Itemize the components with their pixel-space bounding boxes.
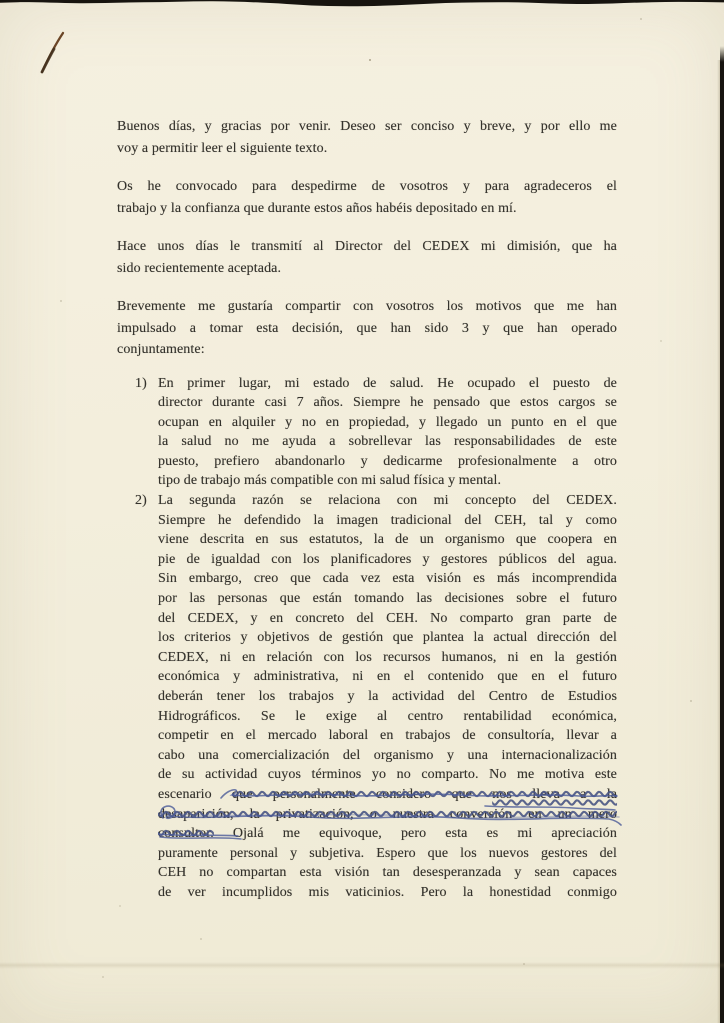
text-line: En primer lugar, mi estado de salud. He … (158, 374, 617, 394)
scan-edge-top-artifact (0, 0, 724, 8)
text-line: La segunda razón se relaciona con mi con… (158, 491, 617, 511)
text-line-strike-start: escenario que personalmente considero qu… (158, 785, 617, 805)
text-line: Buenos días, y gracias por venir. Deseo … (117, 116, 617, 138)
text-line: ocupan en alquiler y no en propiedad, y … (158, 413, 617, 433)
text-line: puesto, prefiero abandonarlo y dedicarme… (158, 452, 617, 472)
paper-crease-line (0, 962, 724, 969)
text-line: de ver incumplidos mis vaticinios. Pero … (158, 883, 617, 903)
paragraph-resignation: Hace unos días le transmití al Director … (117, 236, 617, 279)
text-line: conjuntamente: (117, 339, 617, 361)
plain-text: escenario (158, 787, 232, 802)
text-line: sido recientemente aceptada. (117, 258, 617, 280)
text-line: del CEDEX, y en concreto del CEH. No com… (158, 609, 617, 629)
paragraph-farewell: Os he convocado para despedirme de vosot… (117, 176, 617, 219)
pen-struck-text: desaparición, la privatización, o nuestr… (158, 807, 617, 822)
text-line: CEDEX, ni en relación con los recursos h… (158, 648, 617, 668)
text-line: Sin embargo, creo que cada vez esta visi… (158, 569, 617, 589)
text-line-strike-end: consultor. Ojalá me equivoque, pero esta… (158, 824, 617, 844)
text-line: deberán tener los trabajos y la activida… (158, 687, 617, 707)
text-line: puramente personal y subjetiva. Espero q… (158, 844, 617, 864)
list-item-number: 2) (135, 491, 147, 511)
text-line: económica y administrativa, ni en el con… (158, 667, 617, 687)
text-line: tipo de trabajo más compatible con mi sa… (158, 471, 617, 491)
numbered-list: 1) En primer lugar, mi estado de salud. … (117, 374, 617, 903)
text-line: CEH no compartan esta visión tan desespe… (158, 863, 617, 883)
list-item-1: 1) En primer lugar, mi estado de salud. … (117, 374, 617, 492)
text-line: los criterios y objetivos de gestión que… (158, 628, 617, 648)
text-line: la salud no me ayuda a sobrellevar las r… (158, 432, 617, 452)
text-line: Hace unos días le transmití al Director … (117, 236, 617, 258)
text-line: impulsado a tomar esta decisión, que han… (117, 318, 617, 340)
text-line: cabo una comercialización del organismo … (158, 746, 617, 766)
text-line: trabajo y la confianza que durante estos… (117, 198, 617, 220)
text-line: Hidrográficos. Se le exige al centro ren… (158, 707, 617, 727)
paragraph-motives-intro: Brevemente me gustaría compartir con vos… (117, 296, 617, 361)
text-line: Os he convocado para despedirme de vosot… (117, 176, 617, 198)
text-line: competir en el mercado laboral en trabaj… (158, 726, 617, 746)
letter-body: Buenos días, y gracias por venir. Deseo … (117, 116, 617, 903)
plain-text: Ojalá me equivoque, pero esta es mi apre… (214, 826, 617, 841)
pen-struck-text: consultor. (158, 826, 214, 841)
list-item-2: 2) La segunda razón se relaciona con mi … (117, 491, 617, 902)
handwritten-slash-mark (32, 24, 76, 78)
text-line: por las personas que están tomando las d… (158, 589, 617, 609)
scan-edge-right-artifact (720, 46, 724, 1023)
text-line-struck: desaparición, la privatización, o nuestr… (158, 805, 617, 825)
text-line: viene descrita en sus estatutos, la de u… (158, 530, 617, 550)
text-line: director durante casi 7 años. Siempre he… (158, 393, 617, 413)
pen-struck-underlined-text: nos lleva a la (492, 787, 617, 802)
scanned-letter-page: Buenos días, y gracias por venir. Deseo … (0, 0, 724, 1023)
pen-struck-text: que personalmente considero que (232, 787, 492, 802)
text-line: voy a permitir leer el siguiente texto. (117, 138, 617, 160)
list-item-number: 1) (135, 374, 147, 394)
text-line: Siempre he defendido la imagen tradicion… (158, 511, 617, 531)
text-line: de su actividad cuyos términos yo no com… (158, 765, 617, 785)
paper-speckles (369, 59, 371, 61)
paragraph-greeting: Buenos días, y gracias por venir. Deseo … (117, 116, 617, 159)
text-line: Brevemente me gustaría compartir con vos… (117, 296, 617, 318)
text-line: pie de igualdad con los planificadores y… (158, 550, 617, 570)
